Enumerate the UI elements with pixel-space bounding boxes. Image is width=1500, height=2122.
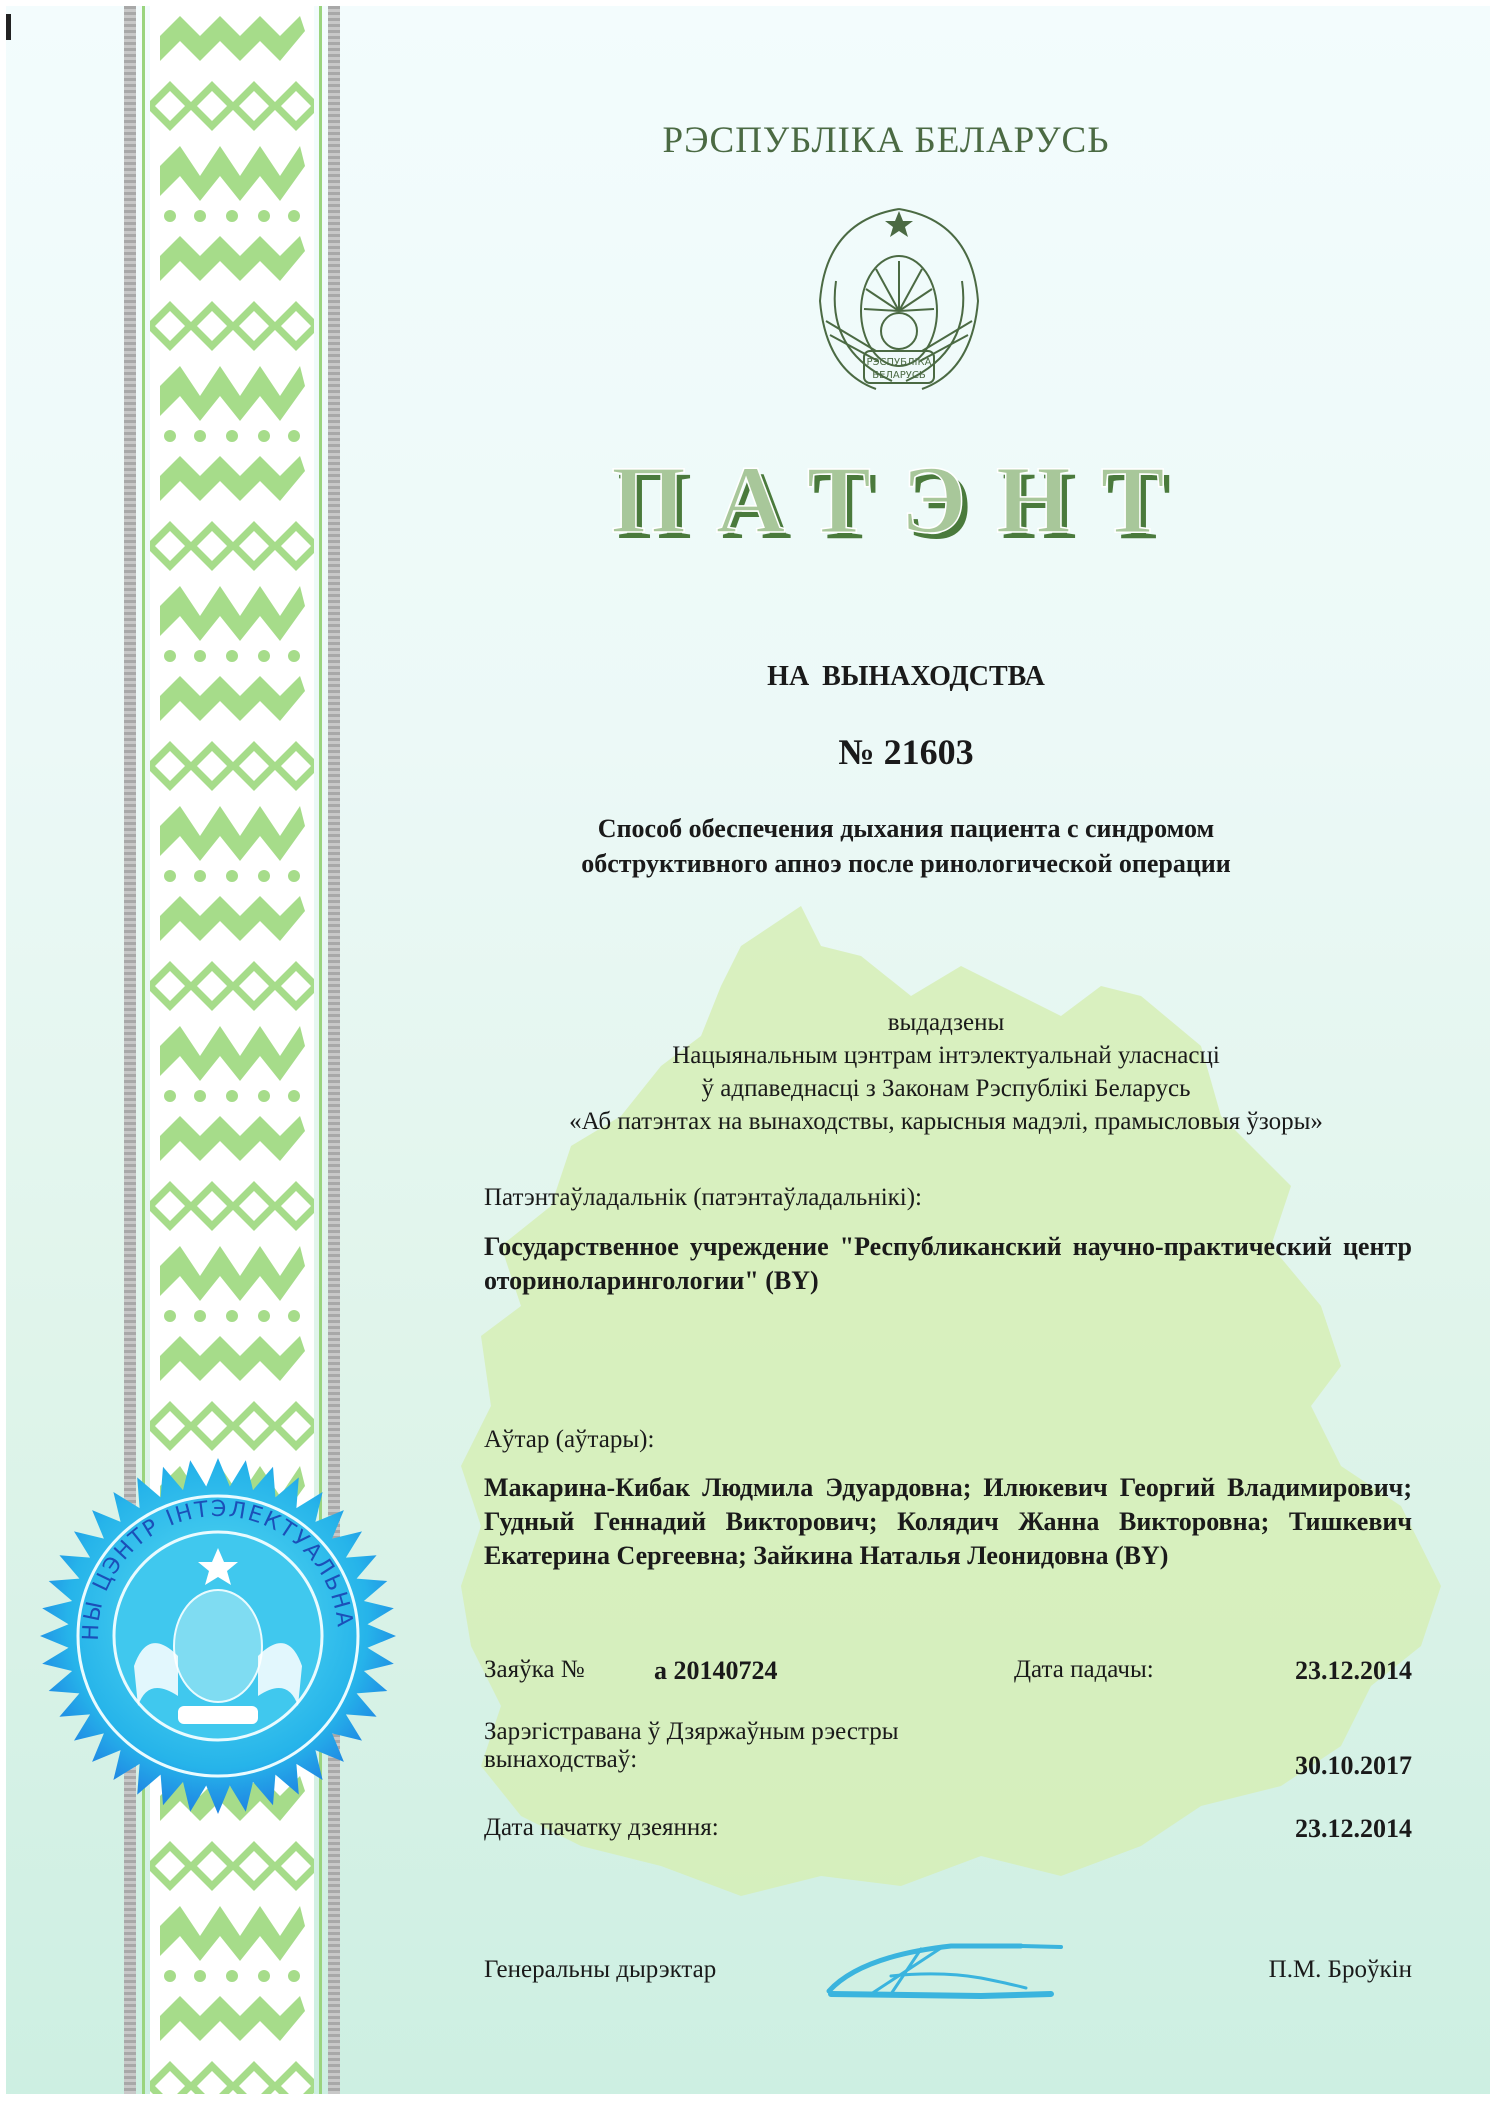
application-label: Заяўка № <box>484 1656 585 1683</box>
issued-by-line: ў адпаведнасці з Законам Рэспублікі Бела… <box>476 1072 1416 1105</box>
issued-by-line: «Аб патэнтах на вынаходствы, карысныя ма… <box>476 1105 1416 1138</box>
invention-title: Способ обеспечения дыхания пациента с си… <box>506 811 1306 881</box>
svg-text:ПАТЭНТ: ПАТЭНТ <box>611 446 1194 553</box>
filing-date-label: Дата падачы: <box>1014 1656 1154 1684</box>
state-emblem-icon: РЭСПУБЛІКА БЕЛАРУСЬ <box>806 201 992 397</box>
signatory-title: Генеральны дырэктар <box>484 1956 716 1983</box>
effective-row: Дата пачатку дзеяння: 23.12.2014 <box>484 1814 1412 1842</box>
patent-holder-label: Патэнтаўладальнік (патэнтаўладальнікі): <box>484 1184 922 1212</box>
authors-label: Аўтар (аўтары): <box>484 1426 654 1454</box>
filing-date: 23.12.2014 <box>1295 1656 1412 1686</box>
svg-text:РЭСПУБЛІКА: РЭСПУБЛІКА <box>867 357 932 368</box>
registration-row: Зарэгістравана ў Дзяржаўным рэестры вына… <box>484 1718 1412 1774</box>
effective-label: Дата пачатку дзеяння: <box>484 1814 719 1841</box>
patent-holder-value: Государственное учреждение "Республиканс… <box>484 1230 1412 1298</box>
svg-text:БЕЛАРУСЬ: БЕЛАРУСЬ <box>872 370 926 381</box>
scan-mark <box>6 14 11 40</box>
issued-by-block: выдадзены Нацыянальным цэнтрам інтэлекту… <box>476 1006 1416 1138</box>
country-header: РЭСПУБЛІКА БЕЛАРУСЬ <box>566 119 1206 162</box>
patent-number: № 21603 <box>566 731 1246 773</box>
patent-subject: НА ВЫНАХОДСТВА <box>566 661 1246 693</box>
seal-icon: НАЦЫЯНАЛЬНЫ ЦЭНТР ІНТЭЛЕКТУАЛЬНАЙ УЛАСНА… <box>38 1456 398 1816</box>
document-type-heading: ПАТЭНТ ПАТЭНТ <box>606 446 1206 556</box>
registration-label-line1: Зарэгістравана ў Дзяржаўным рэестры <box>484 1718 1412 1746</box>
patent-certificate: НАЦЫЯНАЛЬНЫ ЦЭНТР ІНТЭЛЕКТУАЛЬНАЙ УЛАСНА… <box>6 6 1490 2094</box>
signatory-name: П.М. Броўкін <box>1269 1956 1412 1984</box>
signature-icon <box>821 1936 1141 2006</box>
issued-by-line: выдадзены <box>476 1006 1416 1039</box>
registration-date: 30.10.2017 <box>1295 1751 1412 1781</box>
authors-value: Макарина-Кибак Людмила Эдуардовна; Илюке… <box>484 1471 1412 1573</box>
application-number: а 20140724 <box>654 1656 778 1686</box>
effective-date: 23.12.2014 <box>1295 1814 1412 1844</box>
application-row: Заяўка № а 20140724 Дата падачы: 23.12.2… <box>484 1656 1412 1684</box>
issued-by-line: Нацыянальным цэнтрам інтэлектуальнай ула… <box>476 1039 1416 1072</box>
registration-label-line2: вынаходстваў: <box>484 1746 1412 1774</box>
